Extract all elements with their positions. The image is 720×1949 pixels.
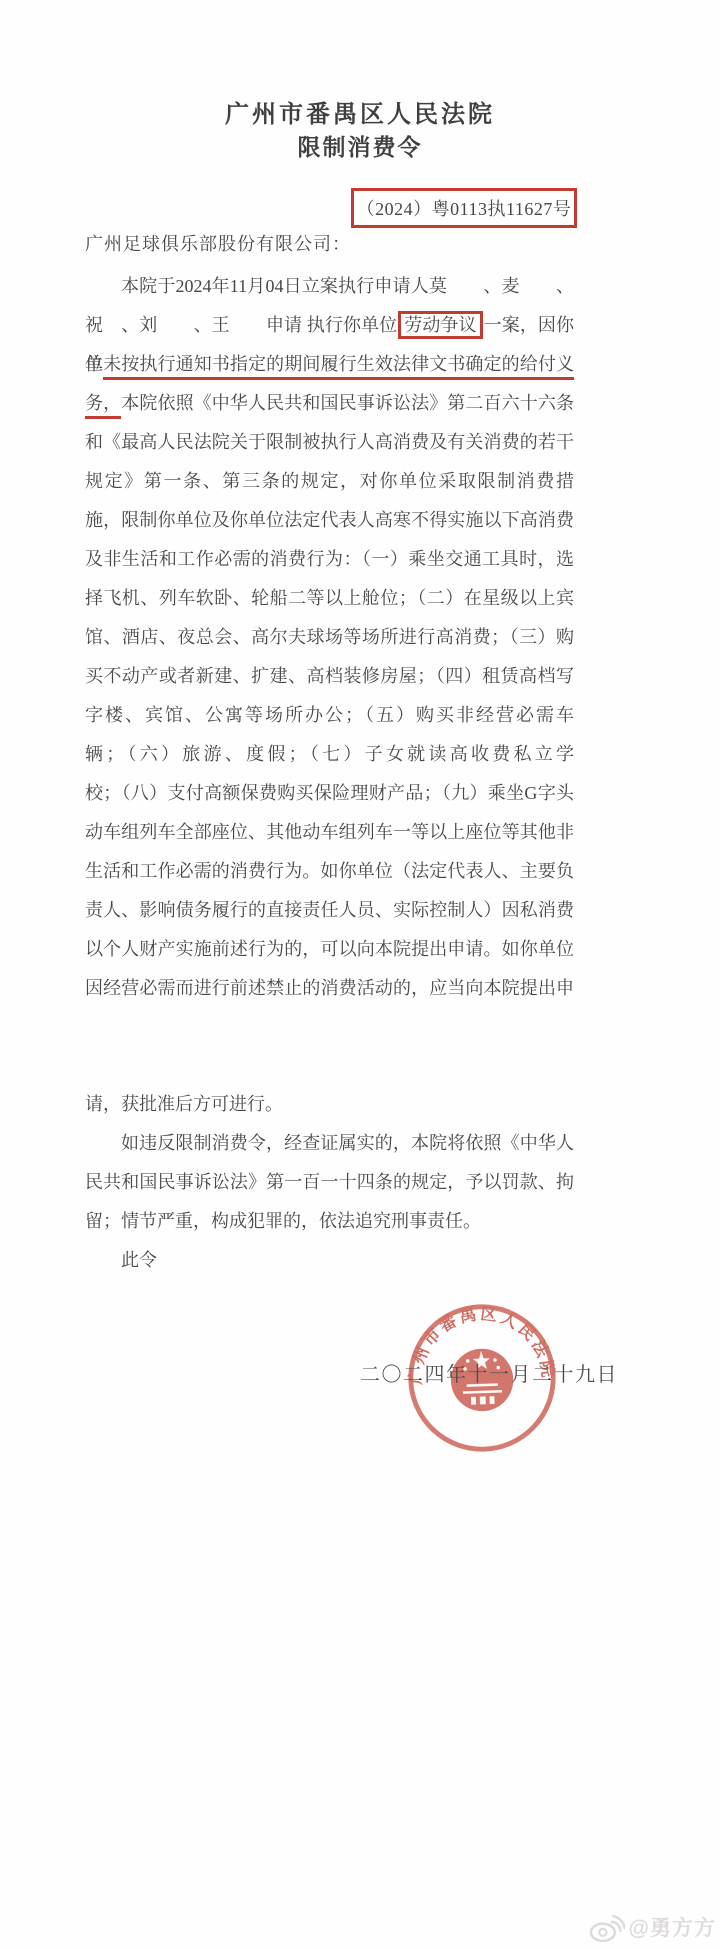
body-text: 校；（八）支付高额保费购买保险理财产品；（九）乘坐G字头	[85, 783, 574, 803]
body-text: 及非生活和工作必需的消费行为：（一）乘坐交通工具时，选	[85, 549, 574, 569]
body-text: 馆、酒店、夜总会、高尔夫球场等场所进行高消费；（三）购	[85, 627, 574, 647]
body-line: 民共和国民事诉讼法》第一百一十四条的规定，予以罚款、拘	[85, 1163, 574, 1202]
body-text: 本院于2024年11月04日立案执行申请人莫 、麦 、	[121, 276, 574, 296]
body-line: 辆；（六）旅游、度假；（七）子女就读高收费私立学	[85, 735, 574, 774]
case-number: （2024）粤0113执11627号	[357, 195, 572, 221]
body-text: 规定》第一条、第三条的规定，对你单位采取限制消费措	[85, 471, 574, 491]
body-text: 祝 、刘 、王 申请 执行你单位	[85, 315, 397, 335]
body-line: 责人、影响债务履行的直接责任人员、实际控制人）因私消费	[85, 891, 574, 930]
body-line: 务，本院依照《中华人民共和国民事诉讼法》第二百六十六条	[85, 384, 574, 423]
body-text: 以个人财产实施前述行为的，可以向本院提出申请。如你单位	[85, 939, 574, 959]
court-document: 广州市番禺区人民法院 限制消费令 （2024）粤0113执11627号 广州足球…	[0, 0, 720, 1949]
body-line: 请，获批准后方可进行。	[85, 1085, 574, 1124]
body-line: 择飞机、列车软卧、轮船二等以上舱位；（二）在星级以上宾	[85, 579, 574, 618]
body-line: 生活和工作必需的消费行为。如你单位（法定代表人、主要负	[85, 852, 574, 891]
body-line: 规定》第一条、第三条的规定，对你单位采取限制消费措	[85, 462, 574, 501]
body-text: 民共和国民事诉讼法》第一百一十四条的规定，予以罚款、拘	[85, 1172, 574, 1192]
body-text: 因经营必需而进行前述禁止的消费活动的，应当向本院提出申	[85, 978, 574, 998]
body-text: 字楼、宾馆、公寓等场所办公；（五）购买非经营必需车	[85, 705, 574, 725]
body-line: 和《最高人民法院关于限制被执行人高消费及有关消费的若干	[85, 423, 574, 462]
addressee: 广州足球俱乐部股份有限公司：	[85, 230, 574, 256]
body-line: 如违反限制消费令，经查证属实的，本院将依照《中华人	[85, 1124, 574, 1163]
body-line: 以个人财产实施前述行为的，可以向本院提出申请。如你单位	[85, 930, 574, 969]
body-line: 字楼、宾馆、公寓等场所办公；（五）购买非经营必需车	[85, 696, 574, 735]
body-text: 请，获批准后方可进行。	[85, 1094, 283, 1114]
body-line: 买不动产或者新建、扩建、高档装修房屋；（四）租赁高档写	[85, 657, 574, 696]
body-text: 生活和工作必需的消费行为。如你单位（法定代表人、主要负	[85, 861, 574, 881]
body-text: 位	[85, 354, 103, 374]
body-line: 及非生活和工作必需的消费行为：（一）乘坐交通工具时，选	[85, 540, 574, 579]
body-text: 施，限制你单位及你单位法定代表人高寒不得实施以下高消费	[85, 510, 574, 530]
body-text: 动车组列车全部座位、其他动车组列车一等以上座位等其他非	[85, 822, 574, 842]
annotation-underline: 未按执行通知书指定的期间履行生效法律文书确定的给付义	[103, 354, 574, 380]
body-text: 辆；（六）旅游、度假；（七）子女就读高收费私立学	[85, 744, 574, 764]
watermark: @勇方方	[589, 1912, 716, 1942]
weibo-icon	[589, 1913, 625, 1942]
watermark-text: @勇方方	[629, 1912, 716, 1942]
body-line: 因经营必需而进行前述禁止的消费活动的，应当向本院提出申	[85, 969, 574, 1008]
body-line: 动车组列车全部座位、其他动车组列车一等以上座位等其他非	[85, 813, 574, 852]
body-text: 如违反限制消费令，经查证属实的，本院将依照《中华人	[121, 1133, 574, 1153]
document-title: 限制消费令	[0, 129, 720, 162]
body-lines: 本院于2024年11月04日立案执行申请人莫 、麦 、祝 、刘 、王 申请 执行…	[85, 267, 574, 1280]
body-text: 买不动产或者新建、扩建、高档装修房屋；（四）租赁高档写	[85, 666, 574, 686]
body-text: 留；情节严重，构成犯罪的，依法追究刑事责任。	[85, 1211, 481, 1231]
body-line: 祝 、刘 、王 申请 执行你单位劳动争议一案，因你单	[85, 306, 574, 345]
body-text: 责人、影响债务履行的直接责任人员、实际控制人）因私消费	[85, 900, 574, 920]
body-line: 留；情节严重，构成犯罪的，依法追究刑事责任。	[85, 1202, 574, 1241]
body-text: 择飞机、列车软卧、轮船二等以上舱位；（二）在星级以上宾	[85, 588, 574, 608]
issue-date: 二〇二四年十一月二十九日	[360, 1358, 618, 1387]
annotation-underline: 务，	[85, 393, 121, 419]
annotation-redbox: 劳动争议	[398, 311, 482, 339]
body-line: 施，限制你单位及你单位法定代表人高寒不得实施以下高消费	[85, 501, 574, 540]
court-name: 广州市番禺区人民法院	[0, 94, 720, 129]
body-text: 此令	[121, 1250, 157, 1270]
body-line: 馆、酒店、夜总会、高尔夫球场等场所进行高消费；（三）购	[85, 618, 574, 657]
case-number-annotation-box: （2024）粤0113执11627号	[351, 188, 577, 228]
body-line: 校；（八）支付高额保费购买保险理财产品；（九）乘坐G字头	[85, 774, 574, 813]
body-line: 位未按执行通知书指定的期间履行生效法律文书确定的给付义	[85, 345, 574, 384]
body-line: 本院于2024年11月04日立案执行申请人莫 、麦 、	[85, 267, 574, 306]
body-text: 和《最高人民法院关于限制被执行人高消费及有关消费的若干	[85, 432, 574, 452]
body-line: 此令	[85, 1241, 574, 1280]
body-text: 本院依照《中华人民共和国民事诉讼法》第二百六十六条	[121, 393, 574, 413]
